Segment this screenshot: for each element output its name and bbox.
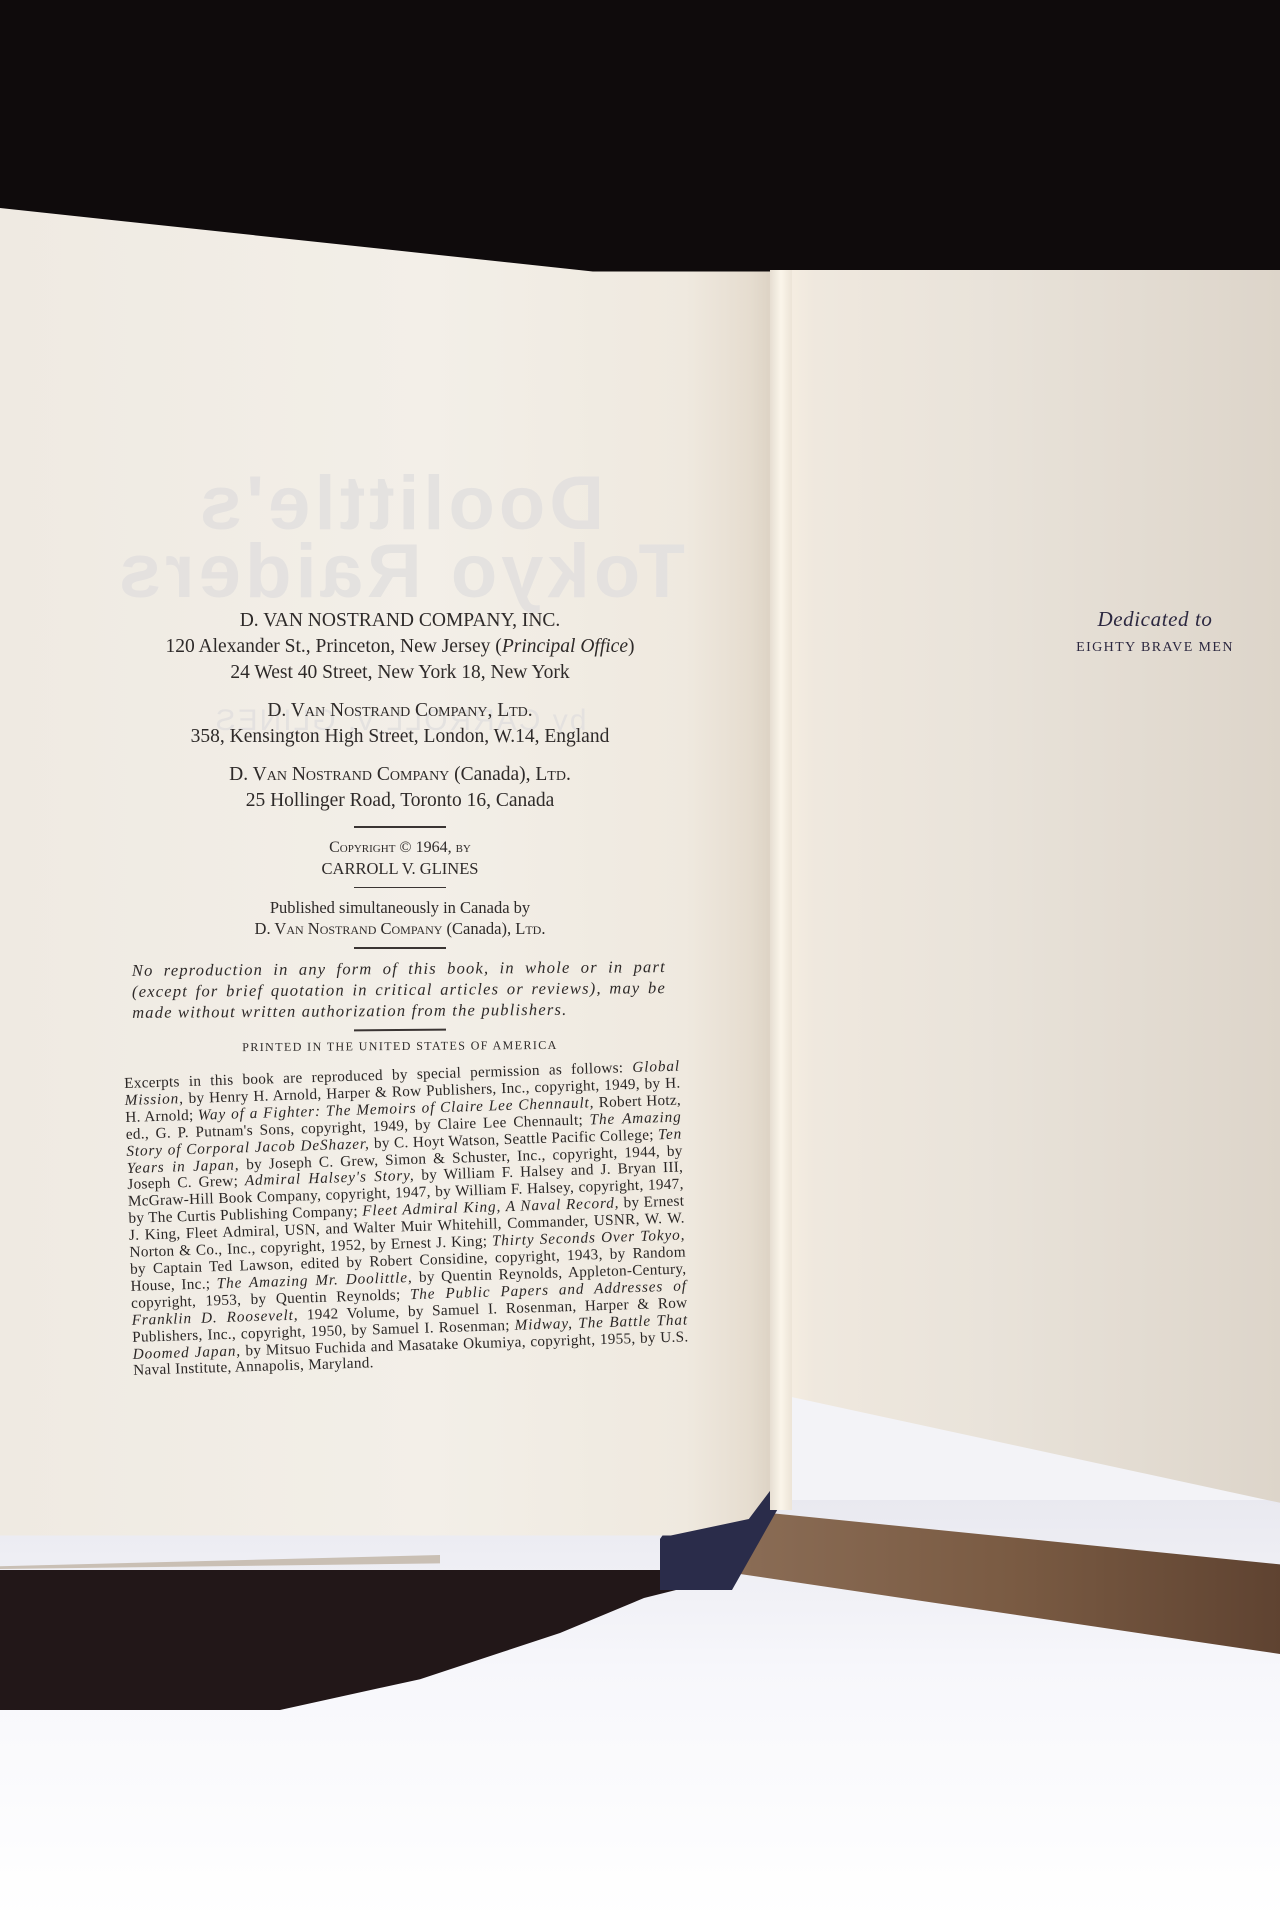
publisher-uk-name: D. Van Nostrand Company, Ltd. (110, 698, 690, 724)
copyright-word: Copyright (329, 839, 395, 856)
divider-rule (354, 947, 446, 949)
excerpts-permissions: Excerpts in this book are reproduced by … (124, 1059, 689, 1381)
ca-ltd: Ltd. (535, 764, 570, 785)
publisher-us-address1: 120 Alexander St., Princeton, New Jersey… (110, 634, 690, 660)
book-gutter (770, 270, 792, 1510)
copyright-notice: Copyright © 1964, by CARROLL V. GLINES (110, 837, 690, 879)
publisher-uk-address: 358, Kensington High Street, London, W.1… (110, 724, 690, 750)
canada-notice: Published simultaneously in Canada by D.… (110, 897, 690, 939)
copyright-line: Copyright © 1964, by (110, 837, 690, 858)
canada-suffix: (Canada), (442, 919, 515, 938)
canada-line1: Published simultaneously in Canada by (110, 897, 690, 918)
address1-italic: Principal Office (502, 636, 628, 657)
copyright-author: CARROLL V. GLINES (110, 858, 690, 879)
bleed-title-line2: Tokyo Raiders (80, 538, 720, 606)
canada-name: D. Van Nostrand Company (255, 919, 443, 938)
copyright-imprint: D. VAN NOSTRAND COMPANY, INC. 120 Alexan… (110, 608, 690, 1054)
copyright-year: © 1964, (395, 839, 455, 856)
divider-rule (354, 887, 446, 889)
printed-in-usa: PRINTED IN THE UNITED STATES OF AMERICA (110, 1037, 690, 1056)
right-page (785, 270, 1280, 1610)
dedication-line1: Dedicated to (1040, 606, 1270, 632)
publisher-ca: D. Van Nostrand Company (Canada), Ltd. 2… (110, 762, 690, 814)
publisher-ca-name: D. Van Nostrand Company (Canada), Ltd. (110, 762, 690, 788)
publisher-uk: D. Van Nostrand Company, Ltd. 358, Kensi… (110, 698, 690, 750)
publisher-us-name: D. VAN NOSTRAND COMPANY, INC. (110, 608, 690, 634)
bleed-title-line1: Doolittle's (80, 470, 720, 538)
publisher-us: D. VAN NOSTRAND COMPANY, INC. 120 Alexan… (110, 608, 690, 686)
address1-end: ) (628, 636, 635, 657)
dedication-line2: EIGHTY BRAVE MEN (1040, 640, 1270, 656)
ca-suffix: (Canada), (449, 764, 535, 785)
canada-line2: D. Van Nostrand Company (Canada), Ltd. (110, 918, 690, 939)
ca-name: D. Van Nostrand Company (229, 764, 449, 785)
canada-ltd: Ltd. (515, 919, 545, 938)
divider-rule (354, 1028, 446, 1030)
divider-rule (354, 826, 446, 828)
dedication: Dedicated to EIGHTY BRAVE MEN (1040, 606, 1270, 656)
reproduction-notice: No reproduction in any form of this book… (110, 955, 690, 1022)
publisher-us-address2: 24 West 40 Street, New York 18, New York (110, 660, 690, 686)
copyright-by: by (456, 839, 471, 856)
address1-main: 120 Alexander St., Princeton, New Jersey… (166, 636, 502, 657)
publisher-ca-address: 25 Hollinger Road, Toronto 16, Canada (110, 788, 690, 814)
